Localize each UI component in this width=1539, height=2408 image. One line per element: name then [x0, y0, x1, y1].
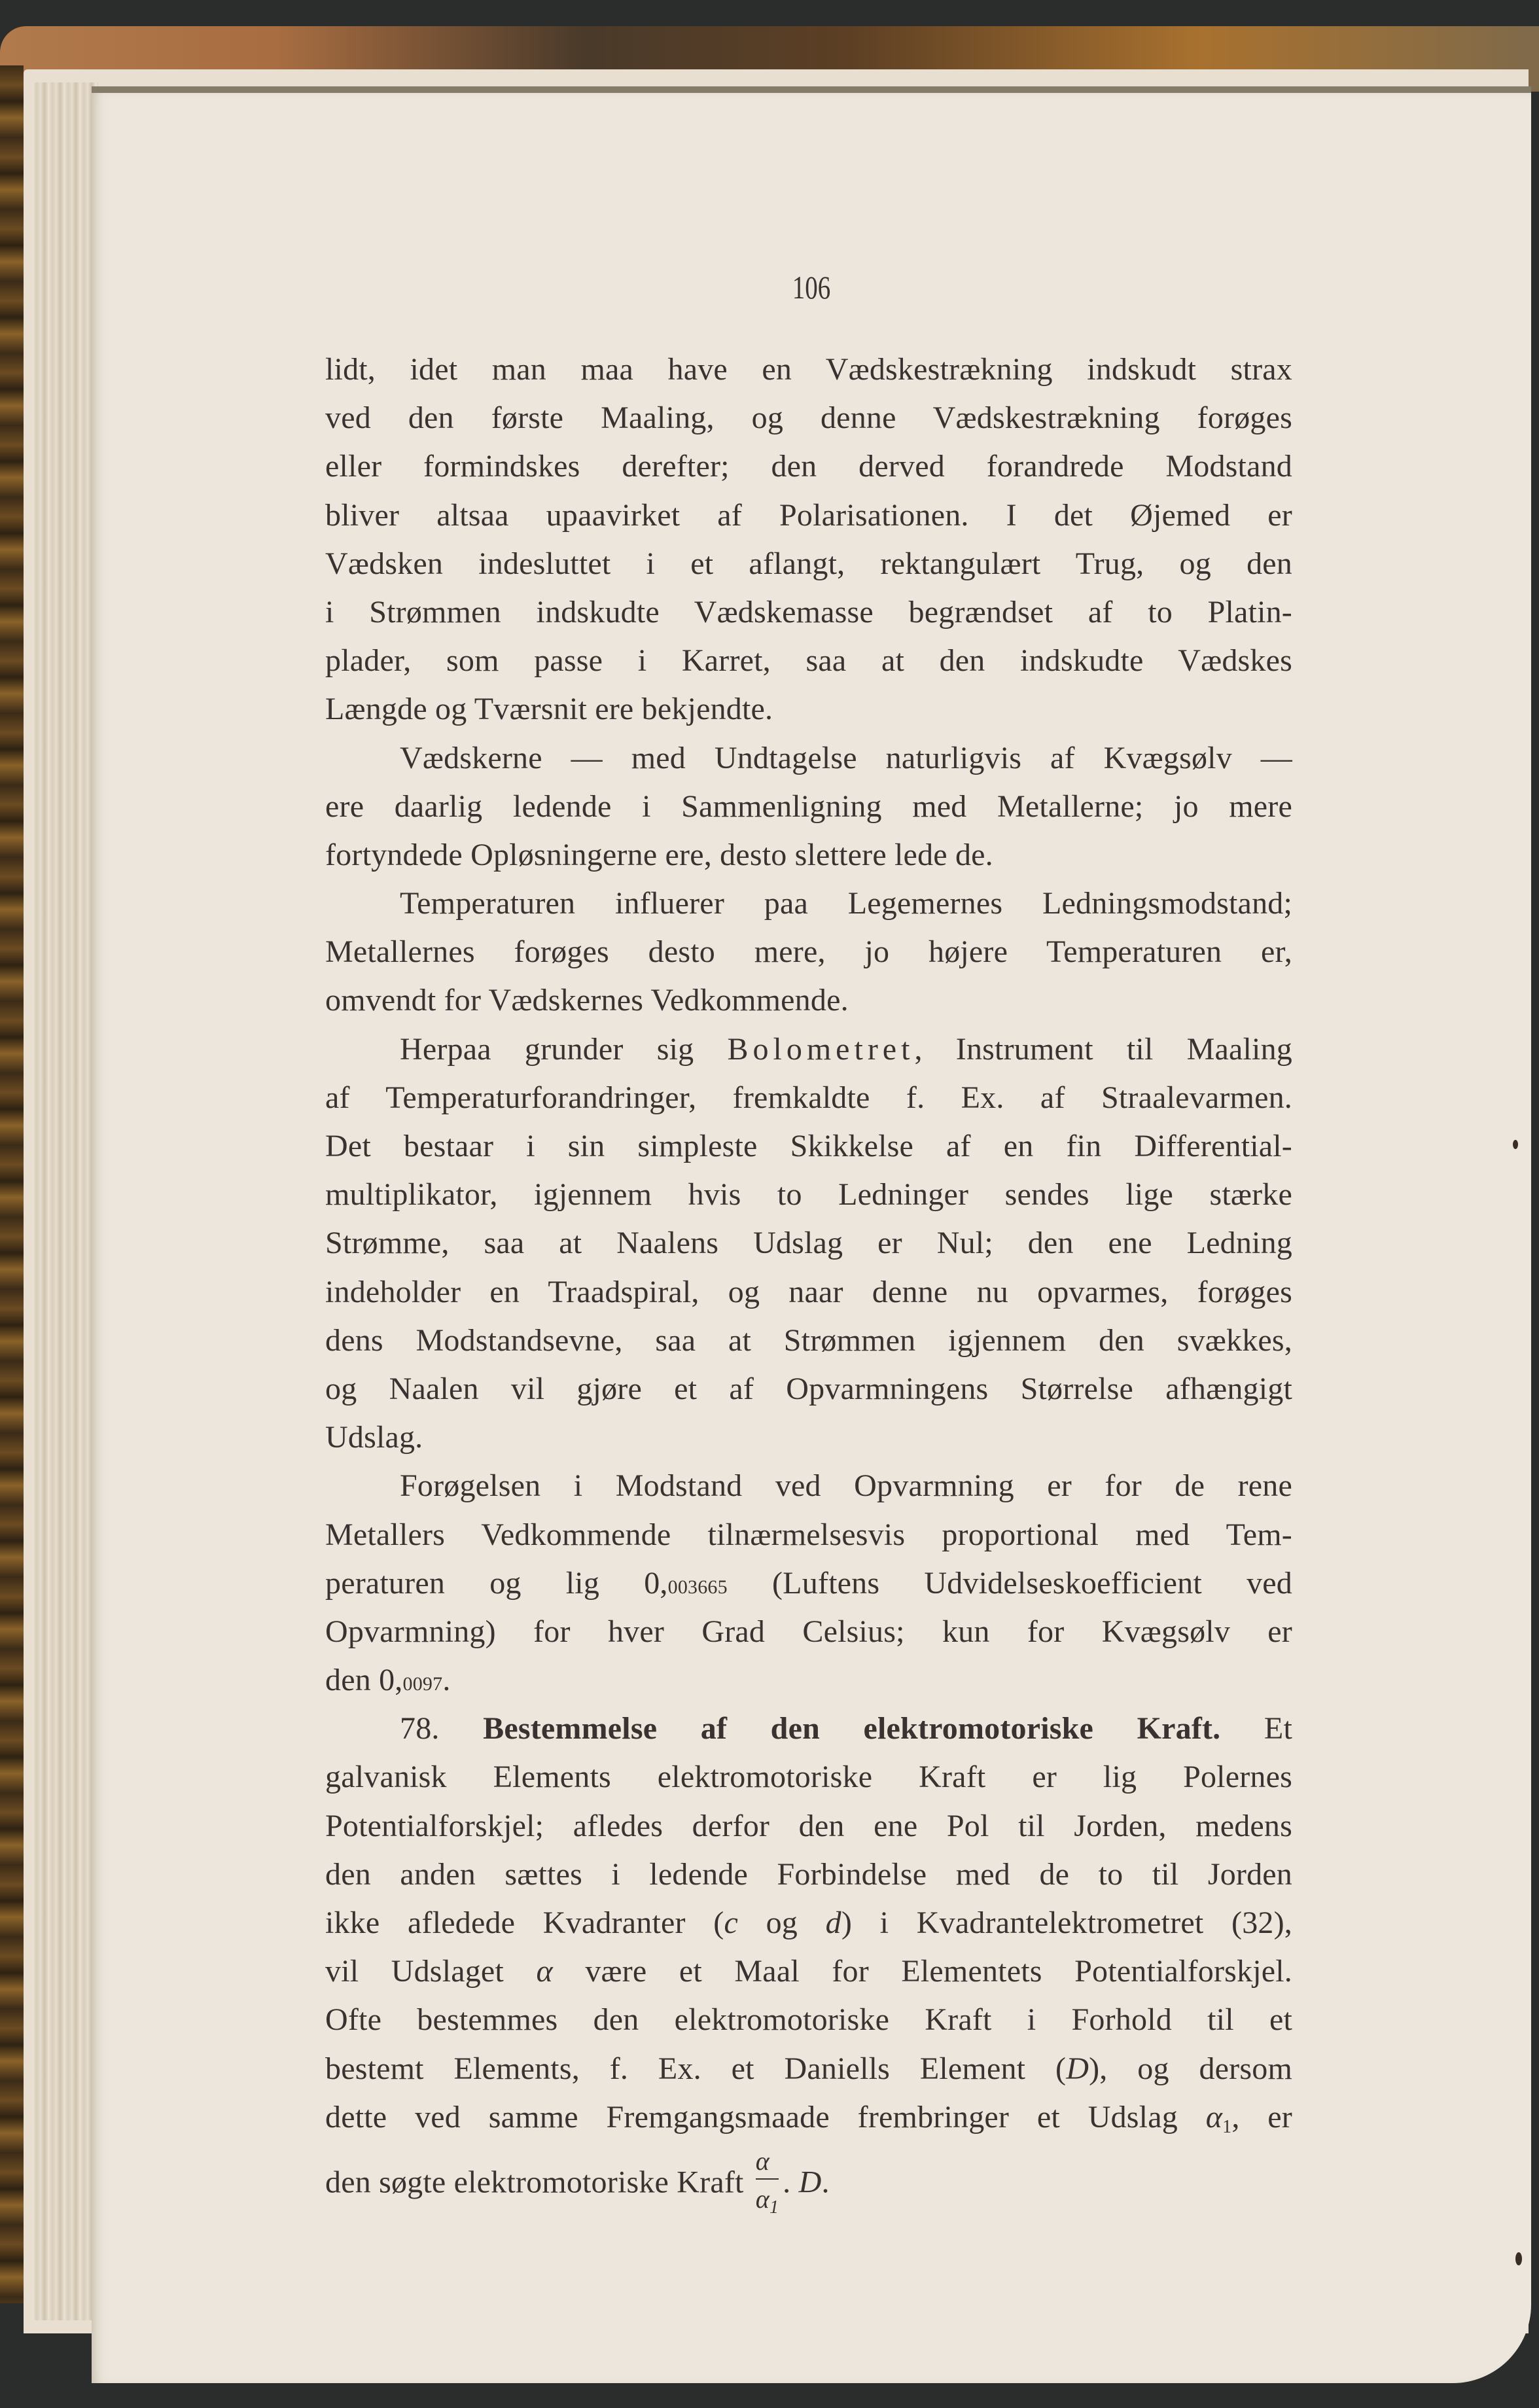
- text-line: Opvarmning) for hver Grad Celsius; kun f…: [325, 1608, 1292, 1656]
- section-heading: Bestemmelse af den elektromotoriske Kraf…: [483, 1711, 1220, 1746]
- text-line: eller formindskes derefter; den derved f…: [325, 442, 1292, 491]
- paragraph: lidt, idet man maa have en Vædskestrækni…: [325, 345, 1292, 734]
- page-edges: [33, 82, 98, 2320]
- text-line: ere daarlig ledende i Sammenligning med …: [325, 783, 1292, 831]
- paragraph: Forøgelsen i Modstand ved Opvarmning er …: [325, 1462, 1292, 1705]
- text-line: omvendt for Vædskernes Vedkommende.: [325, 976, 1292, 1025]
- text-line: Metallers Vedkommende tilnærmelsesvis pr…: [325, 1511, 1292, 1559]
- text-line: plader, som passe i Karret, saa at den i…: [325, 637, 1292, 685]
- text-line: Herpaa grunder sig Bolometret, Instrumen…: [325, 1025, 1292, 1074]
- text-line: Det bestaar i sin simpleste Skikkelse af…: [325, 1122, 1292, 1171]
- text-line: ved den første Maaling, og denne Vædskes…: [325, 394, 1292, 442]
- alpha-symbol: α: [536, 1954, 552, 1989]
- text-line: Længde og Tværsnit ere bekjendte.: [325, 685, 1292, 734]
- text-line: Potentialforskjel; afledes derfor den en…: [325, 1802, 1292, 1850]
- text-line: af Temperaturforandringer, fremkaldte f.…: [325, 1074, 1292, 1122]
- text-line: Vædskerne — med Undtagelse naturligvis a…: [325, 734, 1292, 783]
- book-cover-marbled-edge: [0, 65, 24, 2303]
- text-line: fortyndede Opløsningerne ere, desto slet…: [325, 831, 1292, 879]
- fraction-denominator: α1: [756, 2180, 779, 2217]
- text-line: peraturen og lig 0,003665 (Luftens Udvid…: [325, 1559, 1292, 1608]
- text-line: bestemt Elements, f. Ex. et Daniells Ele…: [325, 2045, 1292, 2093]
- emphasized-term: Bolometret: [727, 1032, 914, 1067]
- page-blemish: [1515, 2252, 1522, 2265]
- decimal-digits: 003665: [668, 1576, 728, 1598]
- section-78: 78. Bestemmelse af den elektromotoriske …: [325, 1705, 1292, 2199]
- text-line: indeholder en Traadspiral, og naar denne…: [325, 1268, 1292, 1317]
- text-line: multiplikator, igjennem hvis to Ledninge…: [325, 1171, 1292, 1219]
- decimal-digits: 0097: [403, 1673, 443, 1695]
- text-line: Strømme, saa at Naalens Udslag er Nul; d…: [325, 1219, 1292, 1267]
- paragraph: Herpaa grunder sig Bolometret, Instrumen…: [325, 1025, 1292, 1462]
- paragraph: Temperaturen influerer paa Legemernes Le…: [325, 879, 1292, 1025]
- text-line: Vædsken indesluttet i et aflangt, rektan…: [325, 540, 1292, 588]
- text-line: i Strømmen indskudte Vædskemasse begrænd…: [325, 588, 1292, 637]
- section-heading-line: 78. Bestemmelse af den elektromotoriske …: [325, 1705, 1292, 1753]
- text-line: dette ved samme Fremgangsmaade frembring…: [325, 2093, 1292, 2142]
- page-number: 106: [250, 268, 1373, 306]
- book-page: 106 lidt, idet man maa have en Vædskestr…: [92, 86, 1531, 2383]
- body-text: lidt, idet man maa have en Vædskestrækni…: [325, 345, 1292, 2199]
- text-line: Temperaturen influerer paa Legemernes Le…: [325, 879, 1292, 928]
- text-line: Ofte bestemmes den elektromotoriske Kraf…: [325, 1996, 1292, 2044]
- page-blemish: [1513, 1140, 1518, 1149]
- text-line: vil Udslaget α være et Maal for Elemente…: [325, 1947, 1292, 1996]
- text-line: lidt, idet man maa have en Vædskestrækni…: [325, 345, 1292, 394]
- text-line: den 0,0097.: [325, 1656, 1292, 1705]
- paragraph: Vædskerne — med Undtagelse naturligvis a…: [325, 734, 1292, 880]
- text-line: og Naalen vil gjøre et af Opvarmningens …: [325, 1365, 1292, 1413]
- text-line: galvanisk Elements elektromotoriske Kraf…: [325, 1753, 1292, 1801]
- text-line: Udslag.: [325, 1413, 1292, 1462]
- fraction-numerator: α: [756, 2148, 779, 2180]
- formula-fraction: αα1: [756, 2148, 779, 2217]
- text-line: dens Modstandsevne, saa at Strømmen igje…: [325, 1317, 1292, 1365]
- text-line: den søgte elektromotoriske Kraft αα1. D.: [325, 2151, 1292, 2199]
- section-number: 78.: [400, 1711, 440, 1746]
- text-line: bliver altsaa upaavirket af Polarisation…: [325, 491, 1292, 540]
- text-line: ikke afledede Kvadranter (c og d) i Kvad…: [325, 1899, 1292, 1947]
- text-line: den anden sættes i ledende Forbindelse m…: [325, 1850, 1292, 1899]
- alpha-symbol: α: [1206, 2100, 1222, 2134]
- text-line: Forøgelsen i Modstand ved Opvarmning er …: [325, 1462, 1292, 1510]
- text-line: Metallernes forøges desto mere, jo højer…: [325, 928, 1292, 976]
